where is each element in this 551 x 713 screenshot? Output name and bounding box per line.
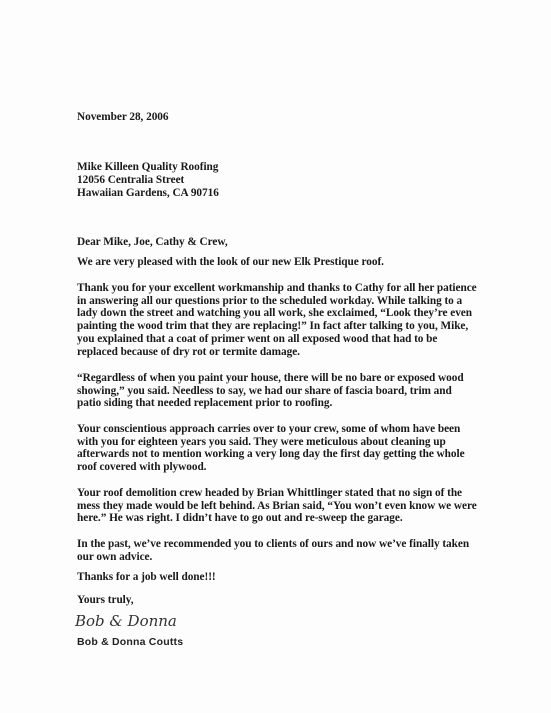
paragraph-1-line: We are very pleased with the look of our… (77, 256, 384, 269)
paragraph-3-line: “Regardless of when you paint your house… (77, 372, 464, 385)
paragraph-6-line: our own advice. (77, 551, 152, 564)
letter-date: November 28, 2006 (77, 111, 169, 124)
recipient-name: Mike Killeen Quality Roofing (77, 161, 218, 174)
paragraph-2-line: painting the wood trim that they are rep… (77, 320, 468, 333)
paragraph-5-line: Your roof demolition crew headed by Bria… (77, 487, 462, 500)
handwritten-signature: Bob & Donna (75, 612, 177, 630)
closing: Yours truly, (77, 594, 134, 607)
paragraph-5-line: mess they made would be left behind. As … (77, 500, 477, 513)
paragraph-3-line: patio siding that needed replacement pri… (77, 397, 332, 410)
letter-page: November 28, 2006 Mike Killeen Quality R… (0, 0, 551, 713)
paragraph-6-line: In the past, we’ve recommended you to cl… (77, 538, 469, 551)
paragraph-5-line: here.” He was right. I didn’t have to go… (77, 512, 403, 525)
paragraph-2-line: in answering all our questions prior to … (77, 295, 462, 308)
recipient-city: Hawaiian Gardens, CA 90716 (77, 187, 219, 200)
signature-name: Bob & Donna Coutts (77, 636, 183, 648)
paragraph-2-line: replaced because of dry rot or termite d… (77, 346, 300, 359)
paragraph-4-line: afterwards not to mention working a very… (77, 448, 465, 461)
recipient-street: 12056 Centralia Street (77, 174, 184, 187)
paragraph-2-line: Thank you for your excellent workmanship… (77, 282, 477, 295)
salutation: Dear Mike, Joe, Cathy & Crew, (77, 236, 228, 249)
paragraph-2-line: lady down the street and watching you al… (77, 307, 472, 320)
paragraph-4-line: Your conscientious approach carries over… (77, 423, 460, 436)
paragraph-7-line: Thanks for a job well done!!! (77, 571, 216, 584)
paragraph-4-line: with you for eighteen years you said. Th… (77, 436, 446, 449)
paragraph-3-line: showing,” you said. Needless to say, we … (77, 385, 452, 398)
paragraph-4-line: roof covered with plywood. (77, 461, 206, 474)
paragraph-2-line: you explained that a coat of primer went… (77, 333, 437, 346)
